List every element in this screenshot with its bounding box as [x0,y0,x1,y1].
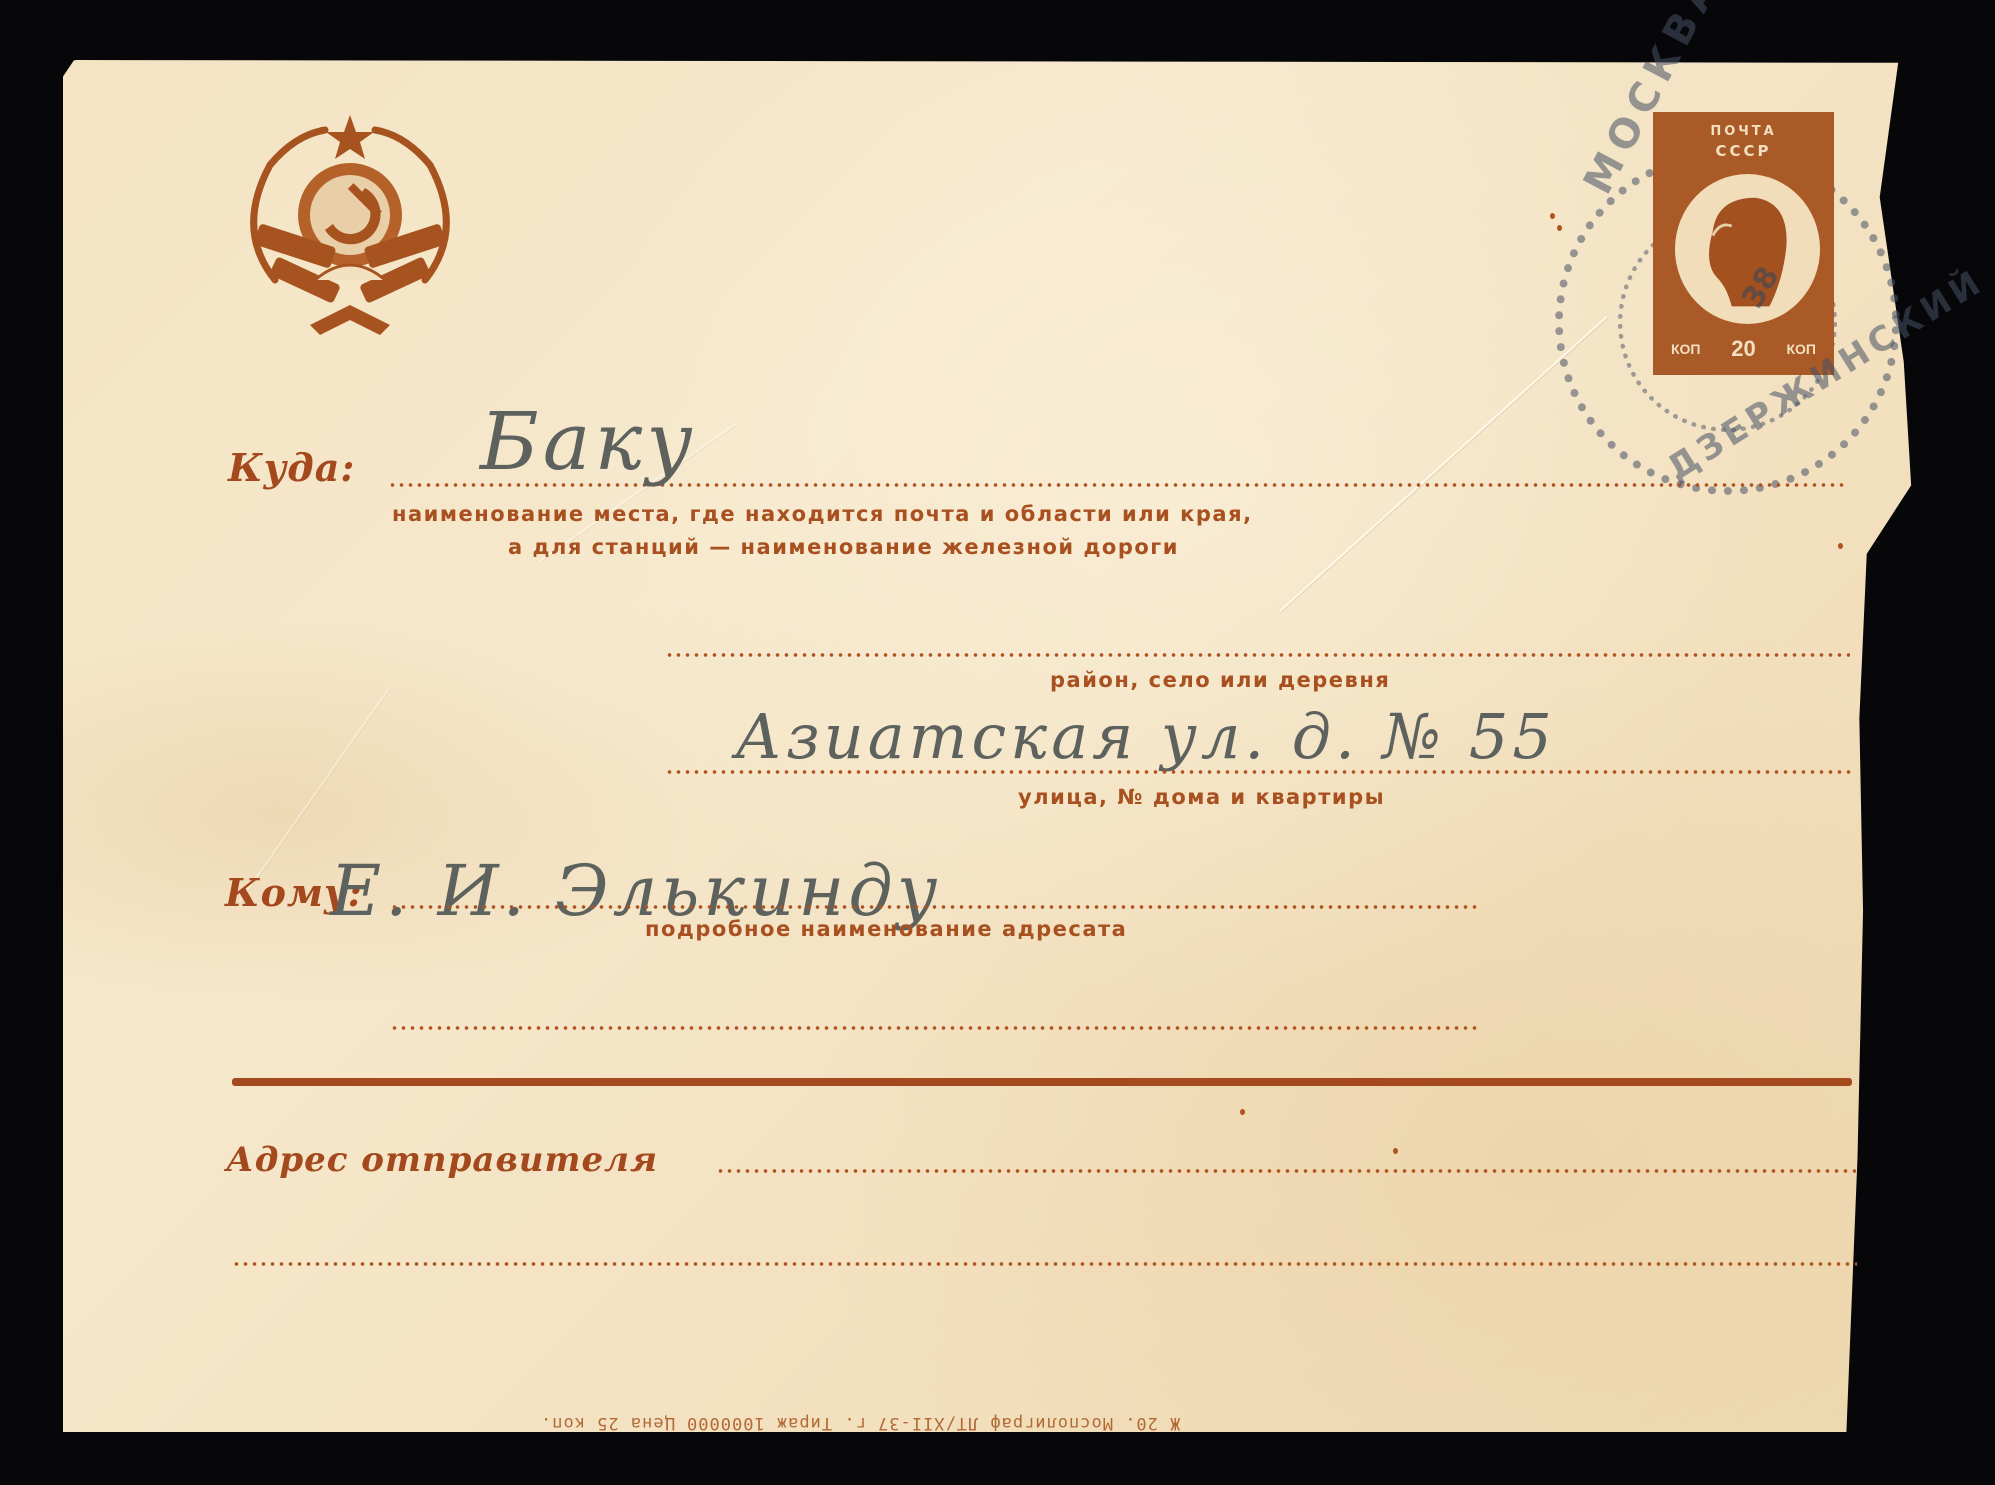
ink-speck [1838,543,1843,549]
stamp-text-pochta: ПОЧТА [1653,124,1834,139]
street-hint: улица, № дома и квартиры [1018,785,1385,809]
ink-speck [1240,1109,1245,1115]
printer-imprint: Ж 20. Мосполиграф ЛТ/XII-37 г. Тираж 100… [540,1413,1180,1433]
district-hint: район, село или деревня [1050,668,1390,692]
ussr-coat-of-arms-icon [215,110,485,350]
stamp-unit-right: КОП [1786,341,1816,357]
to-whom-hint: подробное наименование адресата [645,917,1127,941]
stamp-value: 20 [1731,336,1755,362]
separator-rule [232,1078,1852,1086]
street-line [665,770,1855,774]
stamp-denomination-bar: КОП 20 КОП [1665,335,1822,363]
sender-label: Адрес отправителя [226,1140,658,1180]
sender-line-2 [232,1262,1857,1266]
stamp-unit-left: КОП [1671,341,1701,357]
street-handwritten: Азиатская ул. д. № 55 [735,700,1556,773]
to-whom-line-2 [390,1026,1480,1030]
postage-stamp: ПОЧТА СССР КОП 20 КОП [1653,112,1834,375]
ink-speck [1393,1148,1398,1154]
sender-line [716,1169,1856,1173]
to-where-hint-2: а для станций — наименование железной до… [508,535,1179,559]
to-where-handwritten: Баку [480,395,697,488]
ink-speck [1550,213,1555,219]
to-where-hint-1: наименование места, где находится почта … [392,502,1253,526]
district-line [665,653,1850,657]
to-whom-line [390,905,1480,909]
ink-speck [1557,225,1562,231]
stamp-text-ussr: СССР [1653,142,1834,160]
to-where-label: Куда: [228,445,355,490]
